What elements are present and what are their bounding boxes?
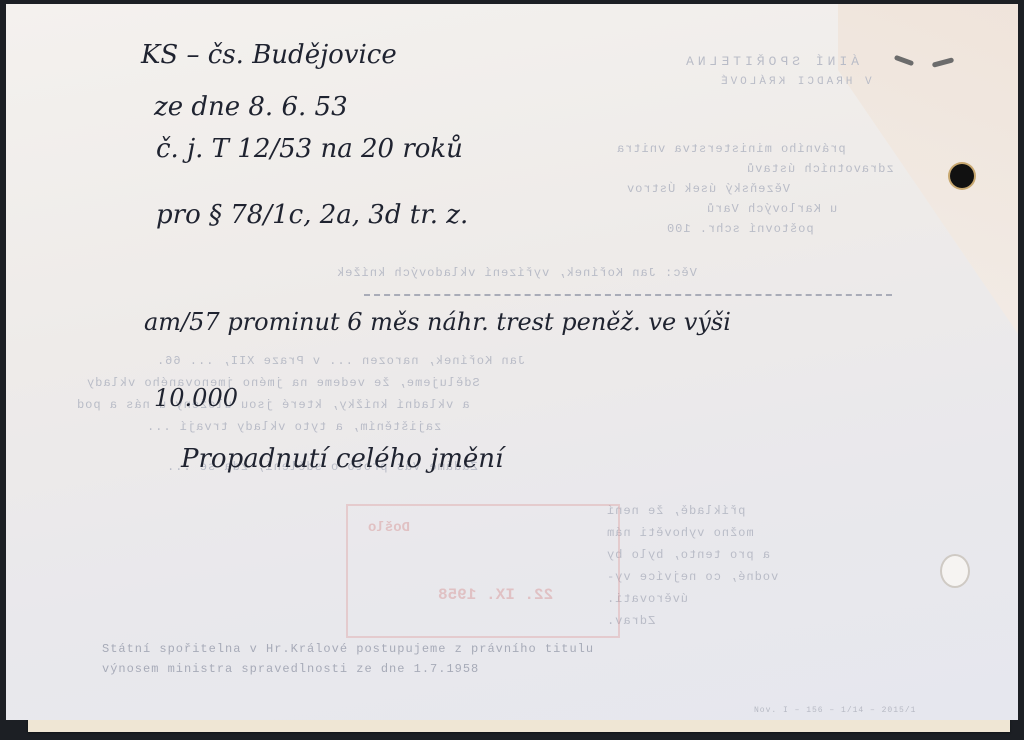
showthrough-right-line: vodné, co nejvíce vy-: [606, 570, 778, 584]
document-page: ÁINÍ SPOŘITELNA V HRADCI KRÁLOVÉ právníh…: [6, 4, 1018, 720]
handwritten-date: ze dne 8. 6. 53: [154, 92, 348, 122]
print-code: Nov. I – 156 – 1/14 – 2015/1: [754, 706, 916, 715]
handwritten-confiscation: Propadnutí celého jmění: [181, 444, 503, 474]
showthrough-right-line: příkladě, že není: [606, 504, 745, 518]
showthrough-header-line2: V HRADCI KRÁLOVÉ: [718, 76, 872, 88]
showthrough-right-line: a pro tento, bylo by: [606, 548, 770, 562]
handwritten-statute: pro § 78/1c, 2a, 3d tr. z.: [156, 200, 468, 230]
handwritten-case-number: č. j. T 12/53 na 20 roků: [156, 134, 463, 164]
showthrough-header-line1: ÁINÍ SPOŘITELNA: [682, 54, 859, 69]
handwritten-court: KS – čs. Budějovice: [141, 40, 397, 70]
stamp-label: Došlo: [368, 520, 410, 536]
received-stamp: Došlo 22. IX. 1958: [346, 504, 620, 638]
footer-line: výnosem ministra spravedlnosti ze dne 1.…: [102, 662, 479, 676]
showthrough-address: zdravotních ústavů: [746, 162, 894, 176]
handwritten-amount: 10.000: [154, 384, 238, 412]
showthrough-address: poštovní schr. 100: [666, 222, 814, 236]
showthrough-subject: Věc: Jan Kořínek, vyřízení vkladových kn…: [336, 266, 697, 280]
showthrough-address: právního ministerstva vnitra: [616, 142, 846, 156]
punch-hole: [950, 164, 974, 188]
showthrough-right-line: možno vyhověti nám: [606, 526, 754, 540]
showthrough-address: Vězeňský úsek Ústrov: [626, 182, 790, 196]
divider-line: [364, 294, 892, 296]
footer-line: Státní spořitelna v Hr.Králové postupuje…: [102, 642, 594, 656]
showthrough-body-line: a vkladní knížky, které jsou uloženy u n…: [76, 398, 470, 412]
stamp-date: 22. IX. 1958: [438, 586, 553, 604]
punch-hole-torn: [940, 554, 970, 588]
showthrough-body-line: Sdělujeme, že vedeme na jméno jmenovanéh…: [86, 376, 480, 390]
showthrough-address: u Karlových Varů: [706, 202, 837, 216]
showthrough-body-line: zajištěním, a tyto vklady trvají ...: [146, 420, 441, 434]
showthrough-body-line: Jan Kořínek, narozen ... v Praze XII, ..…: [156, 354, 525, 368]
handwritten-amnesty: am/57 prominut 6 měs náhr. trest peněž. …: [144, 308, 731, 336]
